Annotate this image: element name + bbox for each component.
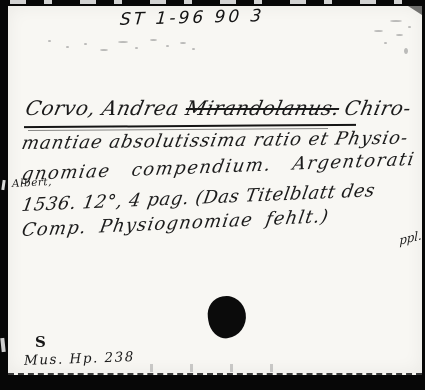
erased-pencil-smudge xyxy=(360,14,420,62)
bottom-edge-specks xyxy=(128,364,308,372)
ink-blot xyxy=(205,294,248,341)
title-start: Chiro- xyxy=(343,96,414,120)
title-line-2-text: mantiae absolutissima ratio et Physio- xyxy=(20,128,410,154)
scan-edge-speck xyxy=(0,338,5,352)
author-epithet-struck: Mirandolanus. xyxy=(183,96,341,120)
film-registration-dashes xyxy=(0,0,425,4)
title-line-3: gnomiae compendium. Argentorati xyxy=(22,149,416,185)
interlinear-note: Albert, xyxy=(12,176,53,190)
author-name: Corvo, Andrea xyxy=(23,96,181,120)
catalog-card: ST 1-96 90 3 Corvo, AndreaMirandolanus.C… xyxy=(8,6,422,375)
entry-heading-line: Corvo, AndreaMirandolanus.Chiro- xyxy=(26,96,411,120)
scan-edge-speck xyxy=(1,180,5,190)
section-letter: S xyxy=(35,333,46,351)
title-line-3-text: gnomiae compendium. Argentorati xyxy=(20,149,417,185)
scan-background: ST 1-96 90 3 Corvo, AndreaMirandolanus.C… xyxy=(0,0,425,390)
cataloger-initials: ppl. xyxy=(399,228,421,248)
old-shelfmark: Mus. Hp. 238 xyxy=(24,349,135,369)
title-line-2: mantiae absolutissima ratio et Physio- xyxy=(22,128,408,154)
erased-pencil-smudge xyxy=(40,34,200,56)
shelfmark-current: ST 1-96 90 3 xyxy=(119,6,265,30)
